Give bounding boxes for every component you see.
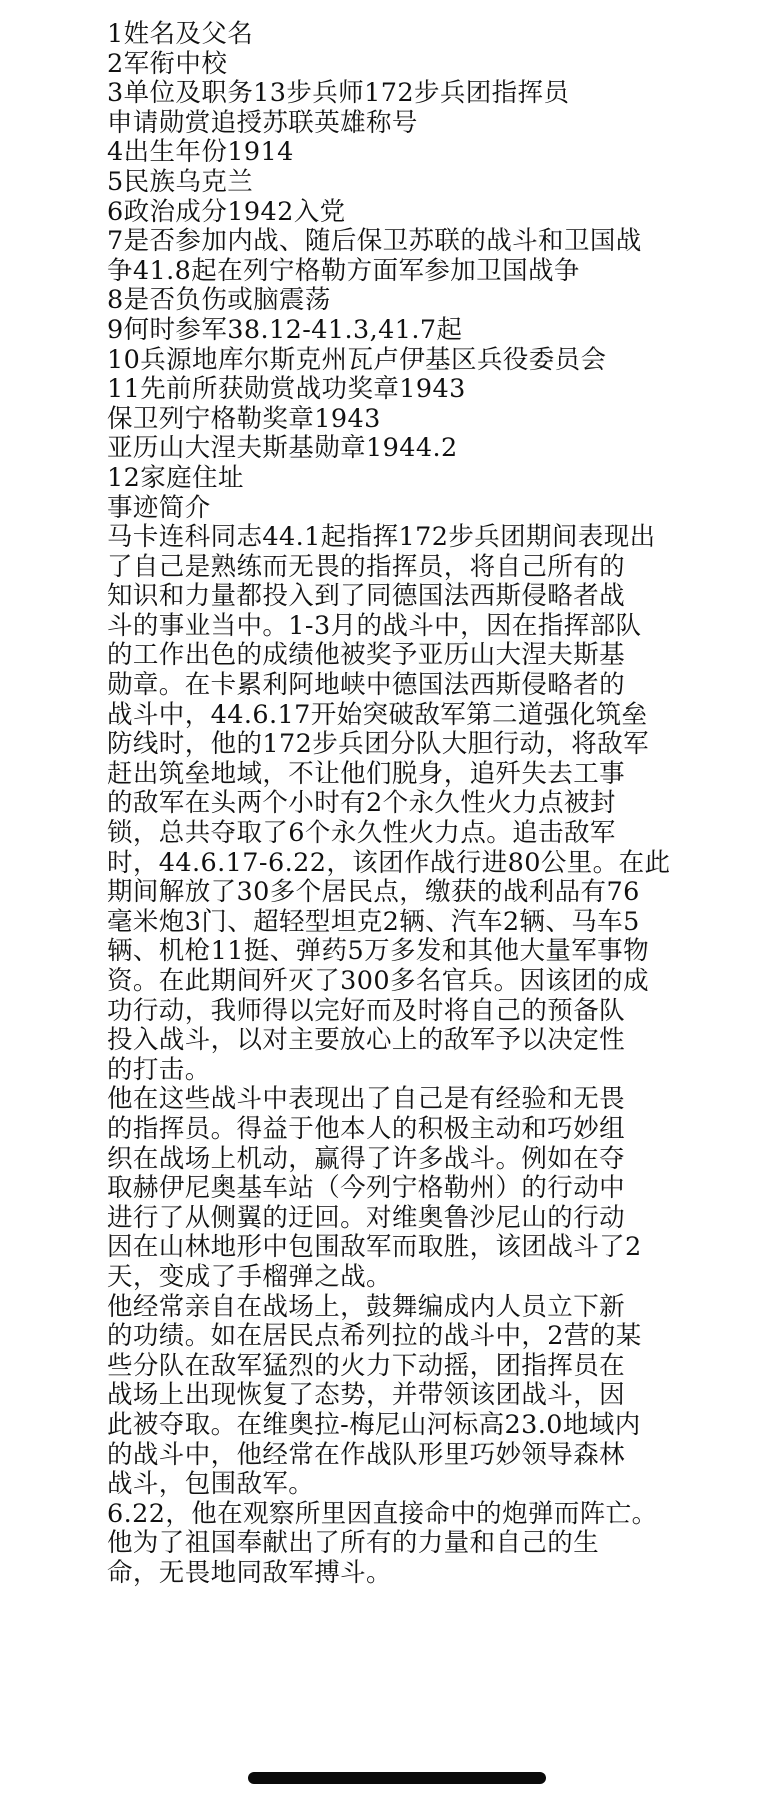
paragraph-4: 6.22，他在观察所里因直接命中的炮弹而阵亡。 他为了祖国奉献出了所有的力量和自… [107,1500,697,1589]
text-line: 了自己是熟练而无畏的指挥员，将自己所有的 [107,553,697,583]
field-rank: 2军衔中校 [107,50,697,80]
paragraph-1: 马卡连科同志44.1起指挥172步兵团期间表现出 了自己是熟练而无畏的指挥员，将… [107,523,697,1085]
field-prior-awards-2: 保卫列宁格勒奖章1943 [107,405,697,435]
text-line: 毫米炮3门、超轻型坦克2辆、汽车2辆、马车5 [107,908,697,938]
text-line: 战斗，包围敌军。 [107,1470,697,1500]
field-war-participation: 7是否参加内战、随后保卫苏联的战斗和卫国战 [107,227,697,257]
text-line: 赶出筑垒地域，不让他们脱身，追歼失去工事 [107,760,697,790]
text-line: 防线时，他的172步兵团分队大胆行动，将敌军 [107,730,697,760]
paragraph-3: 他经常亲自在战场上，鼓舞编成内人员立下新 的功绩。如在居民点希列拉的战斗中，2营… [107,1293,697,1500]
field-wounds: 8是否负伤或脑震荡 [107,286,697,316]
award-request: 申请勋赏追授苏联英雄称号 [107,109,697,139]
text-line: 6.22，他在观察所里因直接命中的炮弹而阵亡。 [107,1500,697,1530]
text-line: 斗的事业当中。1-3月的战斗中，因在指挥部队 [107,612,697,642]
field-party: 6政治成分1942入党 [107,198,697,228]
text-line: 他在这些战斗中表现出了自己是有经验和无畏 [107,1085,697,1115]
text-line: 战斗中，44.6.17开始突破敌军第二道强化筑垒 [107,701,697,731]
text-line: 资。在此期间歼灭了300多名官兵。因该团的成 [107,967,697,997]
text-line: 此被夺取。在维奥拉-梅尼山河标高23.0地域内 [107,1411,697,1441]
text-line: 的打击。 [107,1056,697,1086]
text-line: 的功绩。如在居民点希列拉的战斗中，2营的某 [107,1322,697,1352]
text-line: 勋章。在卡累利阿地峡中德国法西斯侵略者的 [107,671,697,701]
text-line: 他经常亲自在战场上，鼓舞编成内人员立下新 [107,1293,697,1323]
field-enlistment: 9何时参军38.12-41.3,41.7起 [107,316,697,346]
document-body: 1姓名及父名 2军衔中校 3单位及职务13步兵师172步兵团指挥员 申请勋赏追授… [107,20,697,1588]
field-war-participation-cont: 争41.8起在列宁格勒方面军参加卫国战争 [107,257,697,287]
text-line: 知识和力量都投入到了同德国法西斯侵略者战 [107,582,697,612]
text-line: 战场上出现恢复了态势，并带领该团战斗，因 [107,1381,697,1411]
field-nationality: 5民族乌克兰 [107,168,697,198]
text-line: 的指挥员。得益于他本人的积极主动和巧妙组 [107,1115,697,1145]
text-line: 马卡连科同志44.1起指挥172步兵团期间表现出 [107,523,697,553]
text-line: 命，无畏地同敌军搏斗。 [107,1559,697,1589]
field-name: 1姓名及父名 [107,20,697,50]
field-prior-awards: 11先前所获勋赏战功奖章1943 [107,375,697,405]
text-line: 取赫伊尼奥基车站（今列宁格勒州）的行动中 [107,1174,697,1204]
text-line: 因在山林地形中包围敌军而取胜，该团战斗了2 [107,1233,697,1263]
text-line: 的战斗中，他经常在作战队形里巧妙领导森林 [107,1441,697,1471]
text-line: 锁，总共夺取了6个永久性火力点。追击敌军 [107,819,697,849]
field-prior-awards-3: 亚历山大涅夫斯基勋章1944.2 [107,434,697,464]
field-home-address: 12家庭住址 [107,464,697,494]
text-line: 进行了从侧翼的迂回。对维奥鲁沙尼山的行动 [107,1204,697,1234]
section-title: 事迹简介 [107,494,697,524]
text-line: 些分队在敌军猛烈的火力下动摇，团指挥员在 [107,1352,697,1382]
field-birth-year: 4出生年份1914 [107,138,697,168]
field-draft-office: 10兵源地库尔斯克州瓦卢伊基区兵役委员会 [107,346,697,376]
paragraph-2: 他在这些战斗中表现出了自己是有经验和无畏 的指挥员。得益于他本人的积极主动和巧妙… [107,1085,697,1292]
field-unit-position: 3单位及职务13步兵师172步兵团指挥员 [107,79,697,109]
text-line: 辆、机枪11挺、弹药5万多发和其他大量军事物 [107,937,697,967]
text-line: 时，44.6.17-6.22，该团作战行进80公里。在此 [107,849,697,879]
home-indicator[interactable] [248,1772,546,1784]
text-line: 期间解放了30多个居民点，缴获的战利品有76 [107,878,697,908]
text-line: 天，变成了手榴弹之战。 [107,1263,697,1293]
text-line: 织在战场上机动，赢得了许多战斗。例如在夺 [107,1145,697,1175]
text-line: 他为了祖国奉献出了所有的力量和自己的生 [107,1529,697,1559]
text-line: 的工作出色的成绩他被奖予亚历山大涅夫斯基 [107,641,697,671]
text-line: 投入战斗，以对主要放心上的敌军予以决定性 [107,1026,697,1056]
text-line: 的敌军在头两个小时有2个永久性火力点被封 [107,789,697,819]
text-line: 功行动，我师得以完好而及时将自己的预备队 [107,997,697,1027]
form-fields: 1姓名及父名 2军衔中校 3单位及职务13步兵师172步兵团指挥员 申请勋赏追授… [107,20,697,494]
